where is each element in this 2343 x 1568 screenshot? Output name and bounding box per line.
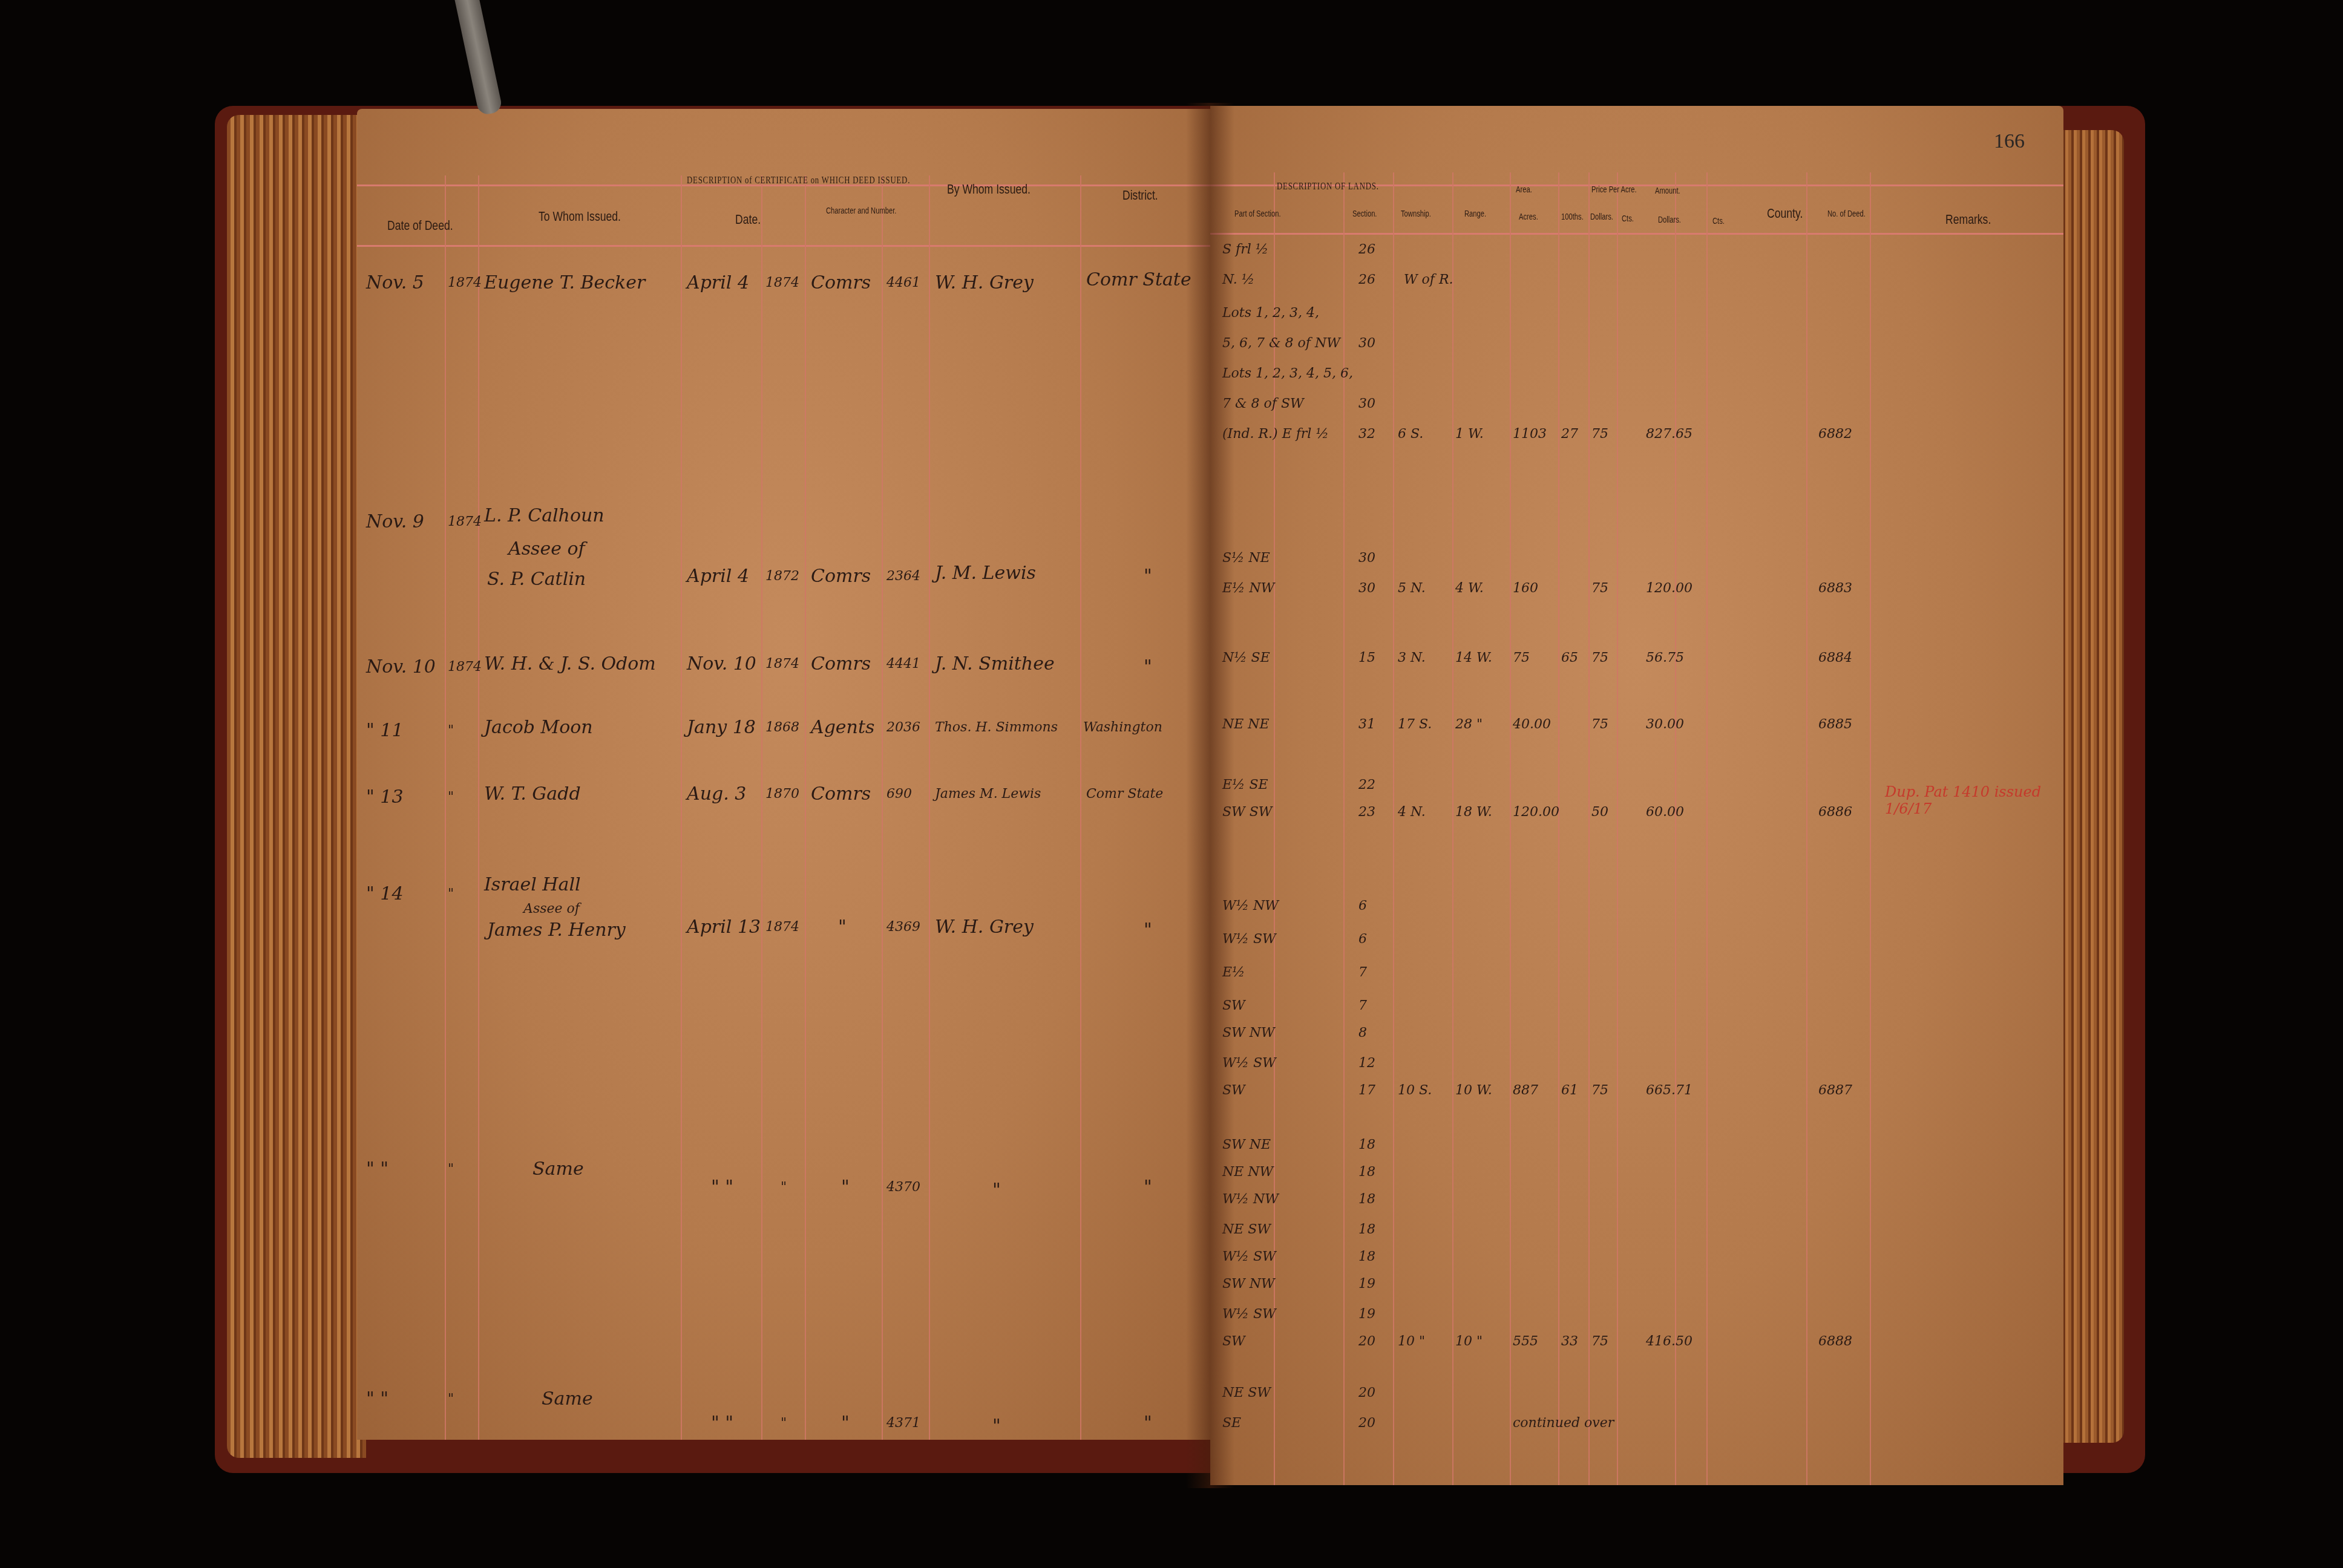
acres: 887 (1513, 1083, 1538, 1098)
deed-month: Nov. 5 (366, 272, 424, 293)
col-rule (1452, 172, 1453, 1485)
col-rule (1393, 172, 1394, 1485)
amount: 120.00 (1646, 581, 1693, 596)
cert-year: " (781, 1180, 787, 1195)
deed-year: " (448, 723, 454, 738)
acres-hundredths: 61 (1561, 1083, 1578, 1098)
cert-year: 1868 (765, 720, 799, 735)
acres: 1103 (1513, 426, 1547, 442)
grantee-assignor: S. P. Catlin (487, 569, 586, 590)
issuer-name: J. M. Lewis (935, 563, 1036, 584)
acres-hundredths: 65 (1561, 650, 1578, 665)
cert-character: Comrs (811, 653, 871, 675)
deed-month: Nov. 9 (366, 511, 424, 532)
part-of-section: SW (1222, 1334, 1245, 1349)
price-per-acre: 75 (1591, 650, 1608, 665)
part-of-section: W½ NW (1222, 1192, 1279, 1207)
col-rule (1806, 172, 1807, 1485)
cert-year: 1874 (765, 656, 799, 671)
header-acres: Acres. (1519, 212, 1538, 221)
issuer-name: W. H. Grey (935, 916, 1034, 938)
cert-date: " " (711, 1177, 733, 1198)
part-of-section: W½ NW (1222, 898, 1279, 913)
part-of-section: Lots 1, 2, 3, 4, (1222, 305, 1319, 321)
header-amount-dollars: Dollars. (1658, 215, 1681, 224)
section-number: 20 (1358, 1416, 1375, 1431)
part-of-section: SW NW (1222, 1025, 1275, 1040)
section-number: 26 (1358, 242, 1375, 257)
cert-number: 4441 (886, 656, 920, 671)
grantee-name: W. H. & J. S. Odom (484, 653, 656, 675)
part-of-section: (Ind. R.) E frl ½ (1222, 426, 1329, 442)
cert-date: " " (711, 1413, 733, 1434)
deed-number: 6887 (1818, 1083, 1852, 1098)
deed-number: 6888 (1818, 1334, 1852, 1349)
township: 17 S. (1398, 717, 1432, 732)
issuer-name: J. N. Smithee (935, 653, 1055, 675)
grantee-name: Israel Hall (484, 874, 581, 895)
deed-number: 6885 (1818, 717, 1852, 732)
price-per-acre: 50 (1591, 805, 1608, 820)
header-district: District. (1122, 188, 1158, 203)
header-price-dollars: Dollars. (1590, 212, 1613, 221)
section-number: 30 (1358, 336, 1375, 351)
header-price-cts: Cts. (1622, 214, 1634, 223)
deed-number: 6886 (1818, 805, 1852, 820)
price-per-acre: 75 (1591, 717, 1608, 732)
col-rule (1675, 172, 1676, 1485)
deed-month: " " (366, 1158, 388, 1180)
part-of-section: SW SW (1222, 805, 1272, 820)
part-of-section: Lots 1, 2, 3, 4, 5, 6, (1222, 366, 1353, 381)
header-certificate-group: DESCRIPTION of CERTIFICATE on WHICH DEED… (687, 175, 910, 186)
part-of-section: SW (1222, 998, 1245, 1013)
grantee-assignee-note: Assee of (523, 901, 580, 916)
range: 28 " (1455, 717, 1483, 732)
issuer-name: " (992, 1416, 1001, 1437)
grantee-name: W. T. Gadd (484, 783, 581, 805)
header-remarks: Remarks. (1945, 212, 1991, 227)
deed-month: " 14 (366, 883, 404, 904)
section-number: 18 (1358, 1137, 1375, 1152)
section-number: 12 (1358, 1056, 1375, 1071)
col-rule (805, 175, 806, 1440)
left-page: Date of Deed. To Whom Issued. DESCRIPTIO… (357, 109, 1216, 1440)
section-number: 18 (1358, 1222, 1375, 1237)
grantee-name: Eugene T. Becker (484, 272, 645, 293)
bookmark-strip (453, 0, 503, 116)
price-per-acre: 75 (1591, 1083, 1608, 1098)
acres: 120.00 (1513, 805, 1559, 820)
cert-number: 690 (886, 786, 912, 802)
cert-date: April 4 (687, 566, 749, 587)
cert-number: 4371 (886, 1416, 920, 1431)
section-number: 7 (1358, 998, 1367, 1013)
deed-year: " (448, 789, 454, 805)
deed-year: 1874 (448, 514, 482, 529)
section-number: 6 (1358, 898, 1367, 913)
section-number: 20 (1358, 1385, 1375, 1400)
section-number: 20 (1358, 1334, 1375, 1349)
header-to-whom-issued: To Whom Issued. (539, 209, 621, 224)
district: Comr State (1086, 269, 1191, 290)
col-rule (882, 175, 883, 1440)
cert-year: 1870 (765, 786, 799, 802)
section-number: 8 (1358, 1025, 1367, 1040)
amount: 416.50 (1646, 1334, 1693, 1349)
land-note: W of R. (1404, 272, 1453, 287)
district: " (1144, 920, 1152, 941)
header-by-whom-issued: By Whom Issued. (947, 181, 1031, 197)
acres-hundredths: 27 (1561, 426, 1578, 442)
deed-year: " (448, 1161, 454, 1177)
township: 10 " (1398, 1334, 1425, 1349)
cert-character: " (841, 1413, 850, 1434)
part-of-section: NE SW (1222, 1385, 1271, 1400)
deed-number: 6882 (1818, 426, 1852, 442)
header-section: Section. (1352, 209, 1377, 218)
acres: 555 (1513, 1334, 1538, 1349)
cert-year: 1874 (765, 920, 799, 935)
township: 6 S. (1398, 426, 1423, 442)
issuer-name: W. H. Grey (935, 272, 1034, 293)
cert-number: 4461 (886, 275, 920, 290)
acres: 160 (1513, 581, 1538, 596)
price-per-acre: 75 (1591, 426, 1608, 442)
deed-month: " 11 (366, 720, 404, 741)
price-per-acre: 75 (1591, 1334, 1608, 1349)
part-of-section: E½ SE (1222, 777, 1268, 792)
township: 4 N. (1398, 805, 1426, 820)
header-character-number: Character and Number. (826, 206, 896, 215)
section-number: 19 (1358, 1307, 1375, 1322)
section-number: 18 (1358, 1249, 1375, 1264)
page-number: 166 (1994, 130, 2025, 153)
district: " (1144, 656, 1152, 678)
section-number: 19 (1358, 1276, 1375, 1292)
issuer-name: " (992, 1180, 1001, 1201)
cert-date: April 4 (687, 272, 749, 293)
header-area-group: Area. (1516, 185, 1532, 194)
section-number: 30 (1358, 396, 1375, 411)
amount: 665.71 (1646, 1083, 1693, 1098)
section-number: 17 (1358, 1083, 1375, 1098)
range: 14 W. (1455, 650, 1492, 665)
header-part-of-section: Part of Section. (1234, 209, 1281, 218)
part-of-section: N½ SE (1222, 650, 1270, 665)
header-hundredths: 100ths. (1561, 212, 1584, 221)
section-number: 30 (1358, 581, 1375, 596)
deed-year: " (448, 1391, 454, 1406)
section-number: 26 (1358, 272, 1375, 287)
col-rule (1510, 172, 1511, 1485)
district: " (1144, 566, 1152, 587)
grantee-assignee-note: Assee of (508, 538, 585, 560)
deed-number: 6883 (1818, 581, 1852, 596)
section-number: 18 (1358, 1165, 1375, 1180)
part-of-section: W½ SW (1222, 1249, 1276, 1264)
part-of-section: W½ SW (1222, 932, 1276, 947)
header-county: County. (1767, 206, 1803, 221)
col-rule (1080, 175, 1081, 1440)
cert-character: " (838, 916, 847, 938)
acres: 75 (1513, 650, 1530, 665)
header-cert-date: Date. (735, 212, 761, 227)
district: " (1144, 1177, 1152, 1198)
cert-number: 2364 (886, 569, 920, 584)
header-bottom-rule (1210, 233, 2063, 235)
township: 10 S. (1398, 1083, 1432, 1098)
amount: 827.65 (1646, 426, 1693, 442)
district: Comr State (1086, 786, 1163, 802)
cert-character: Agents (811, 717, 874, 738)
acres-hundredths: 33 (1561, 1334, 1578, 1349)
district: Washington (1083, 720, 1162, 735)
col-rule (1588, 172, 1590, 1485)
left-page-edges (227, 115, 366, 1458)
cert-number: 4369 (886, 920, 920, 935)
district: " (1144, 1413, 1152, 1434)
part-of-section: E½ (1222, 965, 1245, 980)
issuer-name: James M. Lewis (935, 786, 1041, 802)
price-per-acre: 75 (1591, 581, 1608, 596)
cert-number: 2036 (886, 720, 920, 735)
col-rule (478, 175, 479, 1440)
amount: 30.00 (1646, 717, 1684, 732)
part-of-section: W½ SW (1222, 1307, 1276, 1322)
grantee-name: Same (542, 1388, 593, 1410)
header-lands-group: DESCRIPTION OF LANDS. (1277, 181, 1379, 192)
part-of-section: 7 & 8 of SW (1222, 396, 1304, 411)
cert-year: " (781, 1416, 787, 1431)
deed-year: " (448, 886, 454, 901)
section-number: 22 (1358, 777, 1375, 792)
part-of-section: SW NW (1222, 1276, 1275, 1292)
cert-year: 1874 (765, 275, 799, 290)
section-number: 31 (1358, 717, 1375, 732)
section-number: 30 (1358, 550, 1375, 566)
header-township: Township. (1401, 209, 1431, 218)
header-amount-cts: Cts. (1712, 216, 1725, 226)
cert-character: " (841, 1177, 850, 1198)
section-number: 15 (1358, 650, 1375, 665)
section-number: 23 (1358, 805, 1375, 820)
amount: 60.00 (1646, 805, 1684, 820)
range: 4 W. (1455, 581, 1484, 596)
col-rule (681, 175, 682, 1440)
deed-year: 1874 (448, 275, 482, 290)
range: 10 " (1455, 1334, 1483, 1349)
grantee-name: Same (532, 1158, 584, 1180)
grantee-name: Jacob Moon (484, 717, 593, 738)
deed-month: " " (366, 1388, 388, 1410)
part-of-section: W½ SW (1222, 1056, 1276, 1071)
col-rule (1558, 172, 1559, 1485)
header-no-of-deed: No. of Deed. (1827, 209, 1866, 218)
header-bottom-rule (357, 245, 1216, 247)
header-amount-group: Amount. (1655, 186, 1680, 195)
land-note: continued over (1513, 1416, 1614, 1431)
cert-character: Comrs (811, 783, 871, 805)
section-number: 18 (1358, 1192, 1375, 1207)
range: 18 W. (1455, 805, 1492, 820)
amount: 56.75 (1646, 650, 1684, 665)
part-of-section: S½ NE (1222, 550, 1270, 566)
col-rule (1870, 172, 1871, 1485)
part-of-section: NE NW (1222, 1165, 1273, 1180)
grantee-name: L. P. Calhoun (484, 505, 605, 526)
deed-month: " 13 (366, 786, 404, 808)
part-of-section: N. ½ (1222, 272, 1254, 287)
range: 1 W. (1455, 426, 1484, 442)
cert-number: 4370 (886, 1180, 920, 1195)
header-price-group: Price Per Acre. (1591, 185, 1637, 194)
col-rule (929, 175, 930, 1440)
part-of-section: NE NE (1222, 717, 1270, 732)
acres: 40.00 (1513, 717, 1551, 732)
grantee-assignor: James P. Henry (487, 920, 626, 941)
section-number: 7 (1358, 965, 1367, 980)
header-range: Range. (1464, 209, 1486, 218)
col-rule (445, 175, 446, 1440)
part-of-section: S frl ½ (1222, 242, 1268, 257)
col-rule (761, 175, 762, 1440)
col-rule (1617, 172, 1618, 1485)
deed-year: 1874 (448, 659, 482, 675)
remark: Dup. Pat 1410 issued 1/6/17 (1885, 783, 2054, 817)
cert-year: 1872 (765, 569, 799, 584)
township: 5 N. (1398, 581, 1426, 596)
cert-date: April 13 (687, 916, 761, 938)
section-number: 6 (1358, 932, 1367, 947)
section-number: 32 (1358, 426, 1375, 442)
range: 10 W. (1455, 1083, 1492, 1098)
cert-character: Comrs (811, 566, 871, 587)
cert-date: Jany 18 (687, 717, 756, 738)
township: 3 N. (1398, 650, 1426, 665)
deed-number: 6884 (1818, 650, 1852, 665)
cert-date: Nov. 10 (687, 653, 756, 675)
part-of-section: NE SW (1222, 1222, 1271, 1237)
col-rule (1706, 172, 1708, 1485)
part-of-section: 5, 6, 7 & 8 of NW (1222, 336, 1340, 351)
header-date-of-deed: Date of Deed. (387, 218, 453, 234)
cert-character: Comrs (811, 272, 871, 293)
cert-date: Aug. 3 (687, 783, 746, 805)
part-of-section: SW (1222, 1083, 1245, 1098)
part-of-section: SE (1222, 1416, 1241, 1431)
issuer-name: Thos. H. Simmons (935, 720, 1058, 735)
deed-month: Nov. 10 (366, 656, 436, 678)
part-of-section: E½ NW (1222, 581, 1274, 596)
right-page: 166 DESCRIPTION OF LANDS. Part of Sectio… (1210, 106, 2063, 1485)
part-of-section: SW NE (1222, 1137, 1271, 1152)
